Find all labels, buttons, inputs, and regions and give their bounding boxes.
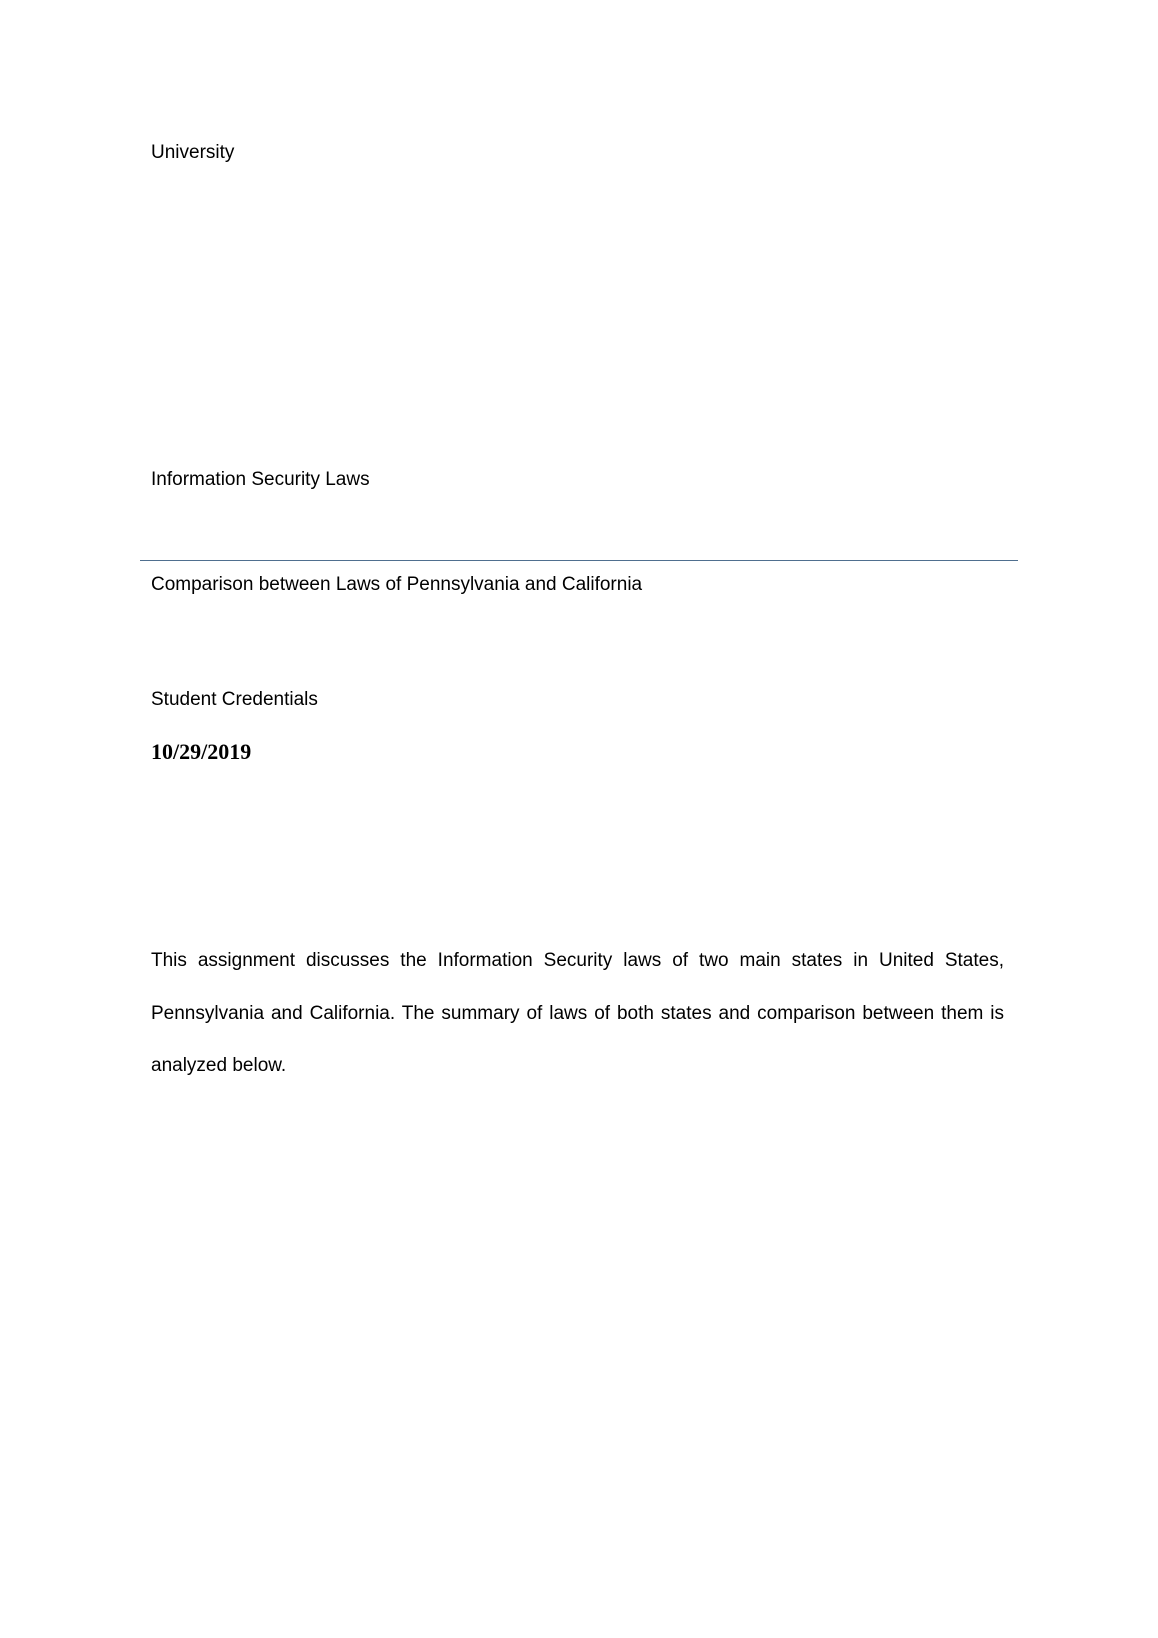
student-credentials: Student Credentials [151, 688, 318, 712]
document-page: University Information Security Laws Com… [0, 0, 1158, 1638]
university-name: University [151, 141, 234, 165]
document-subtitle: Comparison between Laws of Pennsylvania … [151, 573, 642, 597]
intro-paragraph: This assignment discusses the Informatio… [151, 935, 1004, 1093]
document-title: Information Security Laws [151, 468, 370, 492]
document-date: 10/29/2019 [151, 738, 251, 766]
title-divider [140, 560, 1018, 561]
